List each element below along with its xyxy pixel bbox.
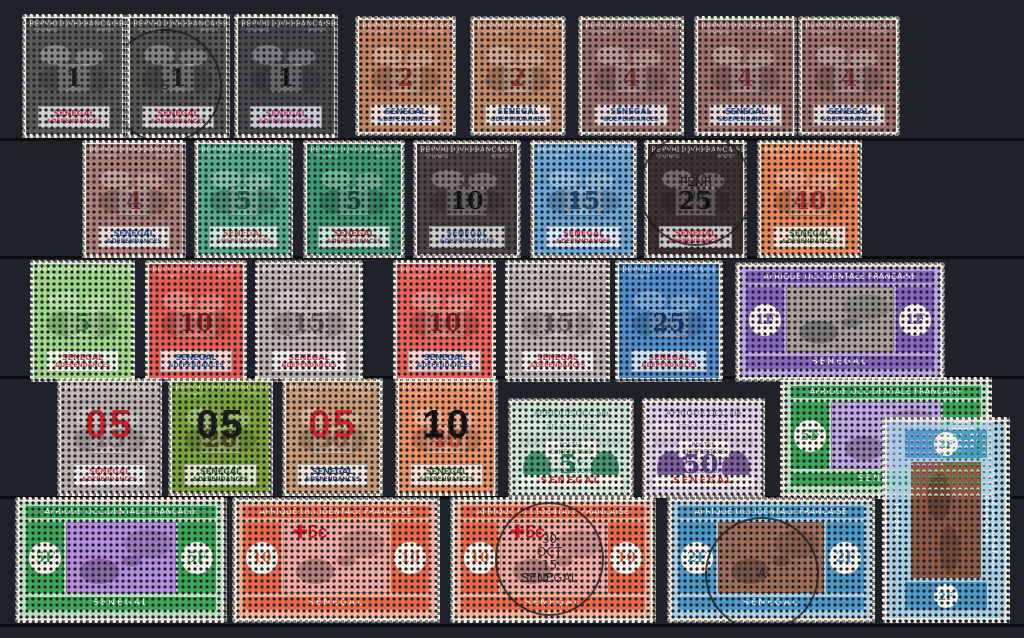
header-right: FRANCAISE [202,266,247,274]
surcharge-overprint: 10 [422,403,471,448]
stock-strip [0,624,1024,627]
stamp-header: AFRIQUE OCCIDENTALE FRANÇAISE [678,506,864,518]
stamp-groupe-5[interactable]: REPVBLIQVEFRANCAISECOLONIESPOSTES5SENEGA… [194,140,293,258]
stamp-header: AFRIQUE OCC.ale FRANCAISE [519,407,623,421]
stamp-design: 2FSENEGALAFRIQUE OCCIDENTALE FRANCAISE2F [887,422,1005,618]
header-right: FRANCAISE [672,266,717,274]
country-tablet: SENEGAL&DEPENDANCES [184,464,258,486]
stamp-groupe-4[interactable]: REPVBLIQVEFRANCAISECOLONIESPOSTES4SENEGA… [82,140,186,258]
stamp-groupe-15[interactable]: REPVBLIQVEFRANCAISECOLONIESPOSTES15SENEG… [255,260,363,382]
stamp-design: REPVBLIQVEFRANCAISECOLONIESPOSTES5SENEGA… [34,264,131,378]
value-panel-right: 1F [896,287,934,352]
country-tablet: SENEGAL&DEPENDANCES [485,104,552,126]
header-right: FRANCAISE [79,20,124,28]
stamp-groupe-5[interactable]: REPVBLIQVEFRANCAISECOLONIESPOSTES5SENEGA… [30,260,135,382]
denomination: 15 [537,308,578,338]
stamp-subheader: COLONIESPOSTES [206,155,281,160]
country-tablet: SENEGAL&DEPENDANCES [659,226,731,248]
country-tablet: SENEGAL&DEPENDANCES [160,350,231,372]
country-name: SENEGAL [894,462,908,578]
stamp-header: REPVBLIQVEFRANCAISE [362,22,449,30]
stamp-groupe-15[interactable]: REPVBLIQVEFRANCAISECOLONIESPOSTES15SENEG… [505,260,610,382]
denomination: 1F [749,304,781,336]
stamp-aof-2F[interactable]: AFRIQUE OCCIDENTALE FRANÇAISE2F2FSENEGAL… [667,497,875,623]
stamp-design: REPVBLIQVEFRANCAISECOLONIESPOSTES4SENEGA… [582,20,680,132]
percevoir-label: A PERCEVOIR [647,468,760,475]
stamp-subheader: COLONIESPOSTES [769,155,850,160]
stamp-subheader: COLONIESPOSTES [246,29,326,34]
stamp-header: REPVBLIQVEFRANCAISE [402,384,491,392]
stamp-design: REPVBLIQVEFRANCAISECOLONIESPOSTES25SENEG… [619,264,719,378]
stamp-design: REPVBLIQVEFRANCAISECOLONIESPOSTES10SENEG… [149,264,243,378]
denomination: 15 [563,186,604,216]
stamp-postage-due-5[interactable]: AFRIQUE OCC.ale FRANCAISEPOSTESCHIFFRE-T… [508,398,634,498]
country-tablet: SENEGAL&DEPENDANCES [46,350,120,372]
stamp-design: REPVBLIQVEFRANCAISECOLONIESPOSTES10SENEG… [417,144,517,254]
stamp-subheader: COLONIESPOSTES [157,275,235,280]
country-tablet: SENEGAL&DEPENDANCES [429,226,505,248]
stamp-postage-due-50[interactable]: AFRIQUE OCC.ale FRANCAISEPOSTESCHIFFRE-T… [642,398,765,498]
stamp-aof-1F[interactable]: AFRIQUE OCCIDENTALE FRANÇAISE1F1FSENEGAL [735,262,945,382]
denomination: 2F [934,432,958,456]
denomination: 1 [270,63,303,93]
stamp-header: AFRIQUE OCCIDENTALE FRANÇAISE [461,506,645,518]
value-panel-right: 10 [391,522,429,593]
stamp-subheader: COLONIESPOSTES [627,275,711,280]
header-left: REPVBLIQVE [420,146,470,154]
stamp-header: AFRIQUE OCCIDENTALE FRANÇAISE [243,506,429,518]
stamp-subheader: COLONIESPOSTES [517,275,598,280]
surcharge-overprint: 05 [196,403,245,448]
denomination: 2 [389,63,421,93]
red-cross-surcharge: ✚5c [292,522,327,543]
header-left: REPVBLIQVE [152,266,202,274]
header-right: FRANCAISE [450,266,495,274]
value-panel-left: 5F [26,522,64,593]
scene [911,462,981,578]
stamp-subheader: COLONIESPOSTES [542,155,625,160]
value-panel-left: 10 [461,522,498,593]
denomination: 5F [181,542,213,574]
header-left: REPVBLIQVE [512,266,562,274]
stamp-groupe-1[interactable]: REPVBLIQVEFRANCAISECOLONIESPOSTES1SENEGA… [126,14,230,138]
stamp-header: REPVBLIQVEFRANCAISE [133,20,223,28]
stamp-header: REPVBLIQVEFRANCAISE [29,20,119,28]
stamp-design: REPVBLIQVEFRANCAISECOLONIESPOSTES4SENEGA… [802,20,896,132]
country-name: SENEGAL [26,597,216,610]
header-left: REPVBLIQVE [262,266,312,274]
stamp-subheader: COLONIESPOSTES [367,31,444,36]
header-left: REPVBLIQVE [64,384,114,392]
denomination: 10 [464,542,496,574]
stamp-groupe-1[interactable]: REPVBLIQVEFRANCAISECOLONIESPOSTES1SENEGA… [22,14,126,138]
stamp-header: REPVBLIQVEFRANCAISE [651,146,740,154]
stamp-aof-10-red-cross[interactable]: AFRIQUE OCCIDENTALE FRANÇAISE1010SENEGAL… [450,497,656,623]
stamp-design: AFRIQUE OCCIDENTALE FRANÇAISE5F5FSENEGAL [20,502,222,618]
header-left: REPVBLIQVE [477,22,527,30]
stamp-header: AFRIQUE OCCIDENTALE FRANÇAISE [746,271,934,283]
country-tablet: SENEGAL&DEPENDANCES [142,106,215,128]
denomination: 2F [829,542,861,574]
header-right: FRANCAISE [751,22,796,30]
header-right: FRANCAISE [139,146,184,154]
stamp-groupe-1[interactable]: REPVBLIQVEFRANCAISECOLONIESPOSTES1SENEGA… [234,14,338,138]
header-right: FRANCAISE [183,20,228,28]
stamp-design: REPVBLIQVEFRANCAISECOLONIESPOSTES1SENEGA… [130,18,226,134]
stamp-subheader: COLONIESPOSTES [810,31,888,36]
stamp-subheader: COLONIESPOSTES [425,155,509,160]
denomination: 10 [394,542,426,574]
country-tablet: SENEGAL&DEPENDANCES [98,226,171,248]
header-right: FRANCAISE [251,146,293,154]
header-right: FRANCAISE [855,22,900,30]
stamp-subheader: COLONIESPOSTES [656,155,735,160]
country-tablet: SENEGAL&DEPENDANCES [631,350,707,372]
header-right: FRANCAISE [562,266,607,274]
denomination: 2 [503,63,534,93]
value-panel-left: 2F [678,522,716,593]
stamp-header: REPVBLIQVEFRANCAISE [477,22,559,30]
stamp-groupe-40-surcharged[interactable]: REPVBLIQVEFRANCAISECOLONIESPOSTES40SENEG… [395,378,498,496]
header-left: REPVBLIQVE [651,146,701,154]
stamp-design: REPVBLIQVEFRANCAISECOLONIESPOSTES1SENEGA… [238,18,334,134]
denomination: 15 [288,308,329,338]
denomination: 40 [789,186,830,216]
stamp-design: REPVBLIQVEFRANCAISECOLONIESPOSTES15SENEG… [259,264,359,378]
stamp-header: AFRIQUE OCCIDENTALE FRANCAISE [984,462,998,578]
denomination: 10 [424,308,465,338]
value-panel-left: 10 [243,522,281,593]
stamp-header: AFRIQUE OCCIDENTALE FRANÇAISE [791,386,981,398]
denomination: 4 [614,63,647,93]
stamp-header: REPVBLIQVEFRANCAISE [400,266,489,274]
stamp-design: REPVBLIQVEFRANCAISECOLONIESPOSTES2SENEGA… [474,20,562,132]
denomination: 5F [29,542,61,574]
stamp-header: REPVBLIQVEFRANCAISE [262,266,356,274]
value-panel-bottom: 2F [905,582,987,610]
stamp-header: REPVBLIQVEFRANCAISE [241,20,331,28]
stamp-design: REPVBLIQVEFRANCAISECOLONIESPOSTES4SENEGA… [86,144,182,254]
stamp-header: REPVBLIQVEFRANCAISE [512,266,603,274]
header-right: FRANCAISE [412,22,456,30]
denomination: 10 [175,308,216,338]
header-left: REPVBLIQVE [89,146,139,154]
stamp-groupe-2[interactable]: REPVBLIQVEFRANCAISECOLONIESPOSTES2SENEGA… [355,16,456,136]
surcharge-overprint: 05 [85,403,134,448]
stamp-groupe-25[interactable]: REPVBLIQVEFRANCAISECOLONIESPOSTES25SENEG… [644,140,747,258]
value-panel-right: 2F [826,522,864,593]
country-tablet: SENEGAL&DEPENDANCES [297,464,368,486]
stamp-header: REPVBLIQVEFRANCAISE [701,22,790,30]
header-right: FRANCAISE [339,384,383,392]
header-left: REPVBLIQVE [362,22,412,30]
country-name: SENEGAL [746,356,934,369]
denomination: 4 [833,63,865,93]
header-right: FRANCAISE [360,146,405,154]
denomination: 5 [228,186,260,216]
market-scene [66,522,175,593]
header-left: REPVBLIQVE [133,20,183,28]
stamp-groupe-15[interactable]: REPVBLIQVEFRANCAISECOLONIESPOSTES15SENEG… [530,140,637,258]
denomination: 5 [338,186,370,216]
stamp-groupe-10[interactable]: REPVBLIQVEFRANCAISECOLONIESPOSTES10SENEG… [145,260,247,382]
stamp-subheader: COLONIESPOSTES [405,275,484,280]
stamp-aof-10-red-cross[interactable]: AFRIQUE OCCIDENTALE FRANÇAISE1010SENEGAL… [232,497,440,623]
value-panel-top: 2F [905,430,987,458]
value-panel-right: 5F [178,522,216,593]
market-scene [786,287,894,352]
header-right: FRANCAISE [225,384,270,392]
header-left: REPVBLIQVE [585,22,635,30]
denomination: 25 [675,186,716,216]
header-left: REPVBLIQVE [289,384,339,392]
market-scene [718,522,825,593]
stamp-subheader: COLONIESPOSTES [267,275,351,280]
country-tablet: SENEGAL&DEPENDANCES [813,104,884,126]
stamp-header: REPVBLIQVEFRANCAISE [420,146,514,154]
header-right: FRANCAISE [291,20,336,28]
stamp-groupe-4[interactable]: REPVBLIQVEFRANCAISECOLONIESPOSTES4SENEGA… [798,16,900,136]
denomination: 4 [729,63,762,93]
header-left: REPVBLIQVE [37,266,87,274]
header-left: REPVBLIQVE [701,22,751,30]
stamp-design: REPVBLIQVEFRANCAISECOLONIESPOSTES15SENEG… [534,144,633,254]
stamp-subheader: COLONIESPOSTES [590,31,672,36]
stamp-design: REPVBLIQVEFRANCAISECOLONIESPOSTES5SENEGA… [307,144,401,254]
country-name: SENEGAL [243,597,429,610]
header-left: REPVBLIQVE [241,20,291,28]
header-right: FRANCAISE [701,146,746,154]
country-name: SENEGAL [461,597,645,610]
header-left: REPVBLIQVE [310,146,360,154]
stamp-groupe-2[interactable]: REPVBLIQVEFRANCAISECOLONIESPOSTES2SENEGA… [470,16,566,136]
stamp-header: REPVBLIQVEFRANCAISE [310,146,398,154]
country-tablet: SENEGAL&DEPENDANCES [38,106,111,128]
country-tablet: SENEGAL&DEPENDANCES [546,226,621,248]
denomination: 1F [899,304,931,336]
denomination: 10 [446,186,487,216]
denomination: 2F [934,584,958,608]
stamp-subheader: COLONIESPOSTES [482,31,554,36]
stamp-subheader: COLONIESPOSTES [138,29,218,34]
stamp-header: REPVBLIQVEFRANCAISE [37,266,128,274]
header-right: FRANCAISE [312,266,357,274]
header-right: FRANCAISE [87,266,132,274]
stamp-header: AFRIQUE OCCIDENTALE FRANÇAISE [26,506,216,518]
stamp-design: REPVBLIQVEFRANCAISECOLONIESPOSTES40SENEG… [761,144,858,254]
stamp-groupe-30-surcharged[interactable]: REPVBLIQVEFRANCAISECOLONIESPOSTES30SENEG… [282,378,383,496]
header-right: FRANCAISE [527,22,566,30]
header-left: REPVBLIQVE [764,146,814,154]
stamp-groupe-5[interactable]: REPVBLIQVEFRANCAISECOLONIESPOSTES5SENEGA… [303,140,405,258]
value-panel-right: 10 [608,522,645,593]
stamp-design: REPVBLIQVEFRANCAISECOLONIESPOSTES1SENEGA… [26,18,122,134]
stamp-groupe-4[interactable]: REPVBLIQVEFRANCAISECOLONIESPOSTES4SENEGA… [694,16,797,136]
denomination: 5F [794,420,826,452]
stamp-header: REPVBLIQVEFRANCAISE [64,384,155,392]
stamp-design: REPVBLIQVEFRANCAISECOLONIESPOSTES25SENEG… [648,144,743,254]
stamp-header: REPVBLIQVEFRANCAISE [89,146,179,154]
stamp-aof-vertical-2F[interactable]: 2FSENEGALAFRIQUE OCCIDENTALE FRANCAISE2F [882,417,1010,623]
stamp-design: REPVBLIQVEFRANCAISECOLONIESPOSTES15SENEG… [509,264,606,378]
denomination: 2F [681,542,713,574]
stamp-subheader: COLONIESPOSTES [180,393,261,398]
red-cross-surcharge: ✚5c [510,522,545,543]
header-right: FRANCAISE [635,22,680,30]
surcharge-overprint: 05 [308,403,357,448]
country-tablet: SENEGAL&DEPENDANCES [73,464,147,486]
stamp-header: REPVBLIQVEFRANCAISE [289,384,376,392]
header-left: REPVBLIQVE [537,146,587,154]
stamp-design: REPVBLIQVEFRANCAISECOLONIESPOSTES10SENEG… [397,264,492,378]
country-name: SENEGAL [678,597,864,610]
stamp-design: REPVBLIQVEFRANCAISECOLONIESPOSTES5SENEGA… [198,144,289,254]
header-left: REPVBLIQVE [622,266,672,274]
value-panel-left: 5F [791,402,829,469]
stamp-subheader: COLONIESPOSTES [315,155,393,160]
country-tablet: SENEGAL&DEPENDANCES [773,226,847,248]
stamp-design: REPVBLIQVEFRANCAISECOLONIESPOSTES4SENEGA… [698,20,793,132]
stamp-design: REPVBLIQVEFRANCAISECOLONIESPOSTES2SENEGA… [359,20,452,132]
value-panel-left: 1F [746,287,784,352]
country-tablet: SENEGAL&DEPENDANCES [521,350,595,372]
stamp-header: AFRIQUE OCC.ale FRANCAISE [653,407,754,421]
country-tablet: SENEGAL&DEPENDANCES [410,464,482,486]
stamp-groupe-20-surcharged[interactable]: REPVBLIQVEFRANCAISECOLONIESPOSTES20SENEG… [168,378,273,496]
country-tablet: SENEGAL&DEPENDANCES [318,226,389,248]
denomination: 10 [610,542,642,574]
stamp-design: AFRIQUE OCCIDENTALE FRANÇAISE1F1FSENEGAL [740,267,940,377]
stamp-subheader: COLONIESPOSTES [42,275,123,280]
stamp-subheader: COLONIESPOSTES [94,155,174,160]
header-right: FRANCAISE [814,146,859,154]
denomination: 1 [162,63,195,93]
stamp-design: AFRIQUE OCCIDENTALE FRANÇAISE2F2FSENEGAL [672,502,870,618]
header-left: REPVBLIQVE [201,146,251,154]
country-tablet: SENEGAL&DEPENDANCES [408,350,480,372]
country-name: SENEGAL [653,475,754,487]
country-tablet: SENEGAL&DEPENDANCES [209,226,278,248]
header-right: FRANCAISE [470,146,515,154]
header-left: REPVBLIQVE [175,384,225,392]
denomination: 25 [648,308,689,338]
stamp-groupe-15-surcharged[interactable]: REPVBLIQVEFRANCAISECOLONIESPOSTES15SENEG… [57,378,162,496]
header-left: REPVBLIQVE [400,266,450,274]
stamp-groupe-40[interactable]: REPVBLIQVEFRANCAISECOLONIESPOSTES40SENEG… [757,140,862,258]
header-left: REPVBLIQVE [402,384,452,392]
stamp-groupe-25[interactable]: REPVBLIQVEFRANCAISECOLONIESPOSTES25SENEG… [615,260,723,382]
denomination: 4 [118,186,151,216]
stamp-header: REPVBLIQVEFRANCAISE [201,146,286,154]
stamp-subheader: COLONIESPOSTES [706,31,785,36]
stamp-header: REPVBLIQVEFRANCAISE [622,266,716,274]
stamp-header: REPVBLIQVEFRANCAISE [585,22,677,30]
header-right: FRANCAISE [452,384,497,392]
header-right: FRANCAISE [587,146,632,154]
stamp-header: REPVBLIQVEFRANCAISE [805,22,893,30]
header-left: REPVBLIQVE [29,20,79,28]
denomination: 10 [246,542,278,574]
country-tablet: SENEGAL&DEPENDANCES [709,104,781,126]
stamp-groupe-4[interactable]: REPVBLIQVEFRANCAISECOLONIESPOSTES4SENEGA… [578,16,684,136]
stamp-design: AFRIQUE OCCIDENTALE FRANÇAISE1010SENEGAL… [455,502,651,618]
stamp-subheader: COLONIESPOSTES [407,393,486,398]
percevoir-label: A PERCEVOIR [513,468,629,475]
country-tablet: SENEGAL&DEPENDANCES [370,104,441,126]
country-tablet: SENEGAL&DEPENDANCES [271,350,347,372]
stamp-header: REPVBLIQVEFRANCAISE [764,146,855,154]
stamp-subheader: COLONIESPOSTES [69,393,150,398]
stamp-header: REPVBLIQVEFRANCAISE [175,384,266,392]
stamp-header: REPVBLIQVEFRANCAISE [152,266,240,274]
stamp-header: REPVBLIQVEFRANCAISE [537,146,630,154]
country-tablet: SENEGAL&DEPENDANCES [250,106,323,128]
stamp-groupe-10[interactable]: REPVBLIQVEFRANCAISECOLONIESPOSTES10SENEG… [393,260,496,382]
country-name: SENEGAL [519,475,623,487]
denomination: 5 [66,308,99,338]
header-left: REPVBLIQVE [805,22,855,30]
stamp-subheader: COLONIESPOSTES [34,29,114,34]
stamp-design: AFRIQUE OCCIDENTALE FRANÇAISE1010SENEGAL… [237,502,435,618]
stamp-aof-5F[interactable]: AFRIQUE OCCIDENTALE FRANÇAISE5F5FSENEGAL [15,497,227,623]
stamp-subheader: COLONIESPOSTES [294,393,371,398]
header-right: FRANCAISE [114,384,159,392]
stamp-design: AFRIQUE OCC.ale FRANCAISEPOSTESCHIFFRE-T… [647,403,760,493]
stamp-groupe-10[interactable]: REPVBLIQVEFRANCAISECOLONIESPOSTES10SENEG… [413,140,521,258]
country-tablet: SENEGAL&DEPENDANCES [594,104,669,126]
stamp-design: AFRIQUE OCC.ale FRANCAISEPOSTESCHIFFRE-T… [513,403,629,493]
denomination: 1 [58,63,91,93]
